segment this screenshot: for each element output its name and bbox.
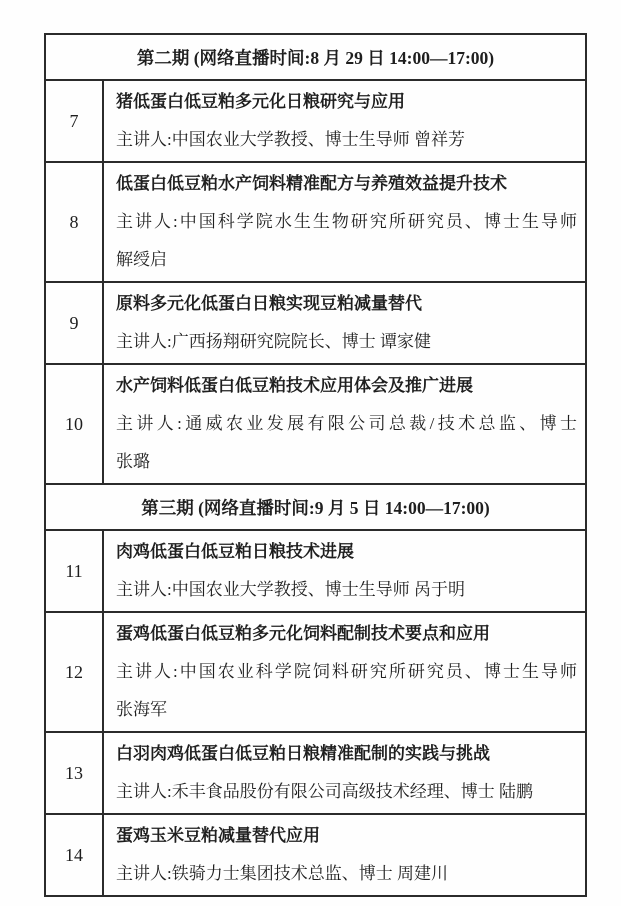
table-row: 8 低蛋白低豆粕水产饲料精准配方与养殖效益提升技术 主讲人:中国科学院水生生物研…	[45, 162, 586, 282]
table-row: 7 猪低蛋白低豆粕多元化日粮研究与应用 主讲人:中国农业大学教授、博士生导师 曾…	[45, 80, 586, 162]
lecture-speaker: 主讲人:铁骑力士集团技术总监、博士 周建川	[116, 855, 577, 893]
lecture-cell: 原料多元化低蛋白日粮实现豆粕减量替代 主讲人:广西扬翔研究院院长、博士 谭家健	[103, 282, 586, 364]
lecture-speaker: 主讲人:禾丰食品股份有限公司高级技术经理、博士 陆鹏	[116, 773, 577, 811]
row-number: 14	[45, 814, 103, 896]
lecture-speaker-name: 张璐	[116, 443, 577, 481]
section-header: 第三期 (网络直播时间:9 月 5 日 14:00—17:00)	[45, 484, 586, 530]
lecture-speaker: 主讲人:中国科学院水生生物研究所研究员、博士生导师	[116, 203, 577, 241]
lecture-cell: 低蛋白低豆粕水产饲料精准配方与养殖效益提升技术 主讲人:中国科学院水生生物研究所…	[103, 162, 586, 282]
section-header: 第二期 (网络直播时间:8 月 29 日 14:00—17:00)	[45, 34, 586, 80]
lecture-title: 原料多元化低蛋白日粮实现豆粕减量替代	[116, 285, 577, 323]
row-number: 8	[45, 162, 103, 282]
table-row: 9 原料多元化低蛋白日粮实现豆粕减量替代 主讲人:广西扬翔研究院院长、博士 谭家…	[45, 282, 586, 364]
lecture-title: 白羽肉鸡低蛋白低豆粕日粮精准配制的实践与挑战	[116, 735, 577, 773]
table-row: 14 蛋鸡玉米豆粕减量替代应用 主讲人:铁骑力士集团技术总监、博士 周建川	[45, 814, 586, 896]
table-row: 第二期 (网络直播时间:8 月 29 日 14:00—17:00)	[45, 34, 586, 80]
lecture-title: 水产饲料低蛋白低豆粕技术应用体会及推广进展	[116, 367, 577, 405]
document-page: 第二期 (网络直播时间:8 月 29 日 14:00—17:00) 7 猪低蛋白…	[0, 0, 621, 906]
lecture-cell: 猪低蛋白低豆粕多元化日粮研究与应用 主讲人:中国农业大学教授、博士生导师 曾祥芳	[103, 80, 586, 162]
lecture-title: 蛋鸡玉米豆粕减量替代应用	[116, 817, 577, 855]
lecture-cell: 蛋鸡低蛋白低豆粕多元化饲料配制技术要点和应用 主讲人:中国农业科学院饲料研究所研…	[103, 612, 586, 732]
table-row: 10 水产饲料低蛋白低豆粕技术应用体会及推广进展 主讲人:通威农业发展有限公司总…	[45, 364, 586, 484]
row-number: 13	[45, 732, 103, 814]
lecture-schedule-table: 第二期 (网络直播时间:8 月 29 日 14:00—17:00) 7 猪低蛋白…	[44, 33, 587, 897]
table-row: 第三期 (网络直播时间:9 月 5 日 14:00—17:00)	[45, 484, 586, 530]
row-number: 9	[45, 282, 103, 364]
lecture-cell: 水产饲料低蛋白低豆粕技术应用体会及推广进展 主讲人:通威农业发展有限公司总裁/技…	[103, 364, 586, 484]
row-number: 7	[45, 80, 103, 162]
lecture-speaker: 主讲人:中国农业科学院饲料研究所研究员、博士生导师	[116, 653, 577, 691]
row-number: 12	[45, 612, 103, 732]
lecture-cell: 蛋鸡玉米豆粕减量替代应用 主讲人:铁骑力士集团技术总监、博士 周建川	[103, 814, 586, 896]
row-number: 10	[45, 364, 103, 484]
lecture-speaker: 主讲人:广西扬翔研究院院长、博士 谭家健	[116, 323, 577, 361]
table-row: 12 蛋鸡低蛋白低豆粕多元化饲料配制技术要点和应用 主讲人:中国农业科学院饲料研…	[45, 612, 586, 732]
lecture-title: 猪低蛋白低豆粕多元化日粮研究与应用	[116, 83, 577, 121]
table-row: 13 白羽肉鸡低蛋白低豆粕日粮精准配制的实践与挑战 主讲人:禾丰食品股份有限公司…	[45, 732, 586, 814]
lecture-speaker: 主讲人:中国农业大学教授、博士生导师 呙于明	[116, 571, 577, 609]
lecture-cell: 白羽肉鸡低蛋白低豆粕日粮精准配制的实践与挑战 主讲人:禾丰食品股份有限公司高级技…	[103, 732, 586, 814]
lecture-title: 低蛋白低豆粕水产饲料精准配方与养殖效益提升技术	[116, 165, 577, 203]
lecture-title: 肉鸡低蛋白低豆粕日粮技术进展	[116, 533, 577, 571]
lecture-speaker: 主讲人:通威农业发展有限公司总裁/技术总监、博士	[116, 405, 577, 443]
lecture-title: 蛋鸡低蛋白低豆粕多元化饲料配制技术要点和应用	[116, 615, 577, 653]
lecture-speaker: 主讲人:中国农业大学教授、博士生导师 曾祥芳	[116, 121, 577, 159]
row-number: 11	[45, 530, 103, 612]
lecture-speaker-name: 张海军	[116, 691, 577, 729]
lecture-speaker-name: 解绶启	[116, 241, 577, 279]
table-row: 11 肉鸡低蛋白低豆粕日粮技术进展 主讲人:中国农业大学教授、博士生导师 呙于明	[45, 530, 586, 612]
lecture-cell: 肉鸡低蛋白低豆粕日粮技术进展 主讲人:中国农业大学教授、博士生导师 呙于明	[103, 530, 586, 612]
